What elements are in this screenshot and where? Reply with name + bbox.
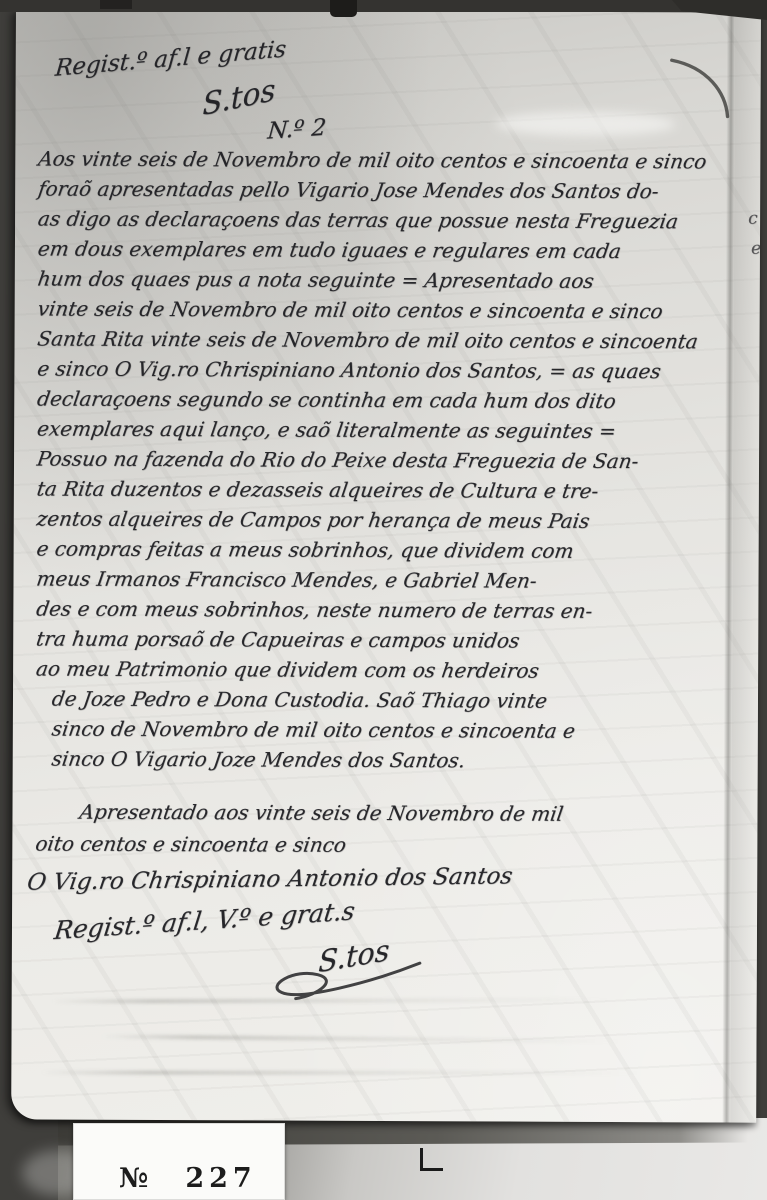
handwritten-line: zentos alqueires de Campos por herança d… bbox=[35, 503, 744, 536]
manuscript-sheet: Regist.º af.l e gratis S.tos N.º 2 Aos v… bbox=[11, 9, 761, 1122]
ink-showthrough-smudge bbox=[102, 1034, 622, 1043]
handwritten-line: Apresentado aos vinte seis de Novembro d… bbox=[33, 795, 743, 830]
handwritten-line: meus Irmanos Francisco Mendes, e Gabriel… bbox=[34, 563, 743, 596]
signature-rubric: S.tos bbox=[318, 932, 390, 979]
handwritten-line: declaraçoens segundo se continha em cada… bbox=[35, 383, 744, 416]
vicar-signature: O Vig.ro Chrispiniano Antonio dos Santos bbox=[25, 863, 514, 895]
handwritten-line: Aos vinte seis de Novembro de mil oito c… bbox=[36, 143, 745, 176]
handwritten-line: sinco de Novembro de mil oito centos e s… bbox=[34, 713, 743, 746]
record-body-paragraph: Aos vinte seis de Novembro de mil oito c… bbox=[34, 143, 742, 776]
archive-number: 227 bbox=[185, 1163, 256, 1194]
top-edge-tab bbox=[100, 0, 132, 9]
handwritten-line: hum dos quaes pus a nota seguinte = Apre… bbox=[36, 263, 745, 296]
archive-number-label: № 227 bbox=[73, 1123, 285, 1200]
handwritten-line: tra huma porsaõ de Capueiras e campos un… bbox=[34, 623, 743, 656]
handwritten-line: vinte seis de Novembro de mil oito cento… bbox=[36, 293, 745, 326]
ink-showthrough-smudge bbox=[41, 1071, 641, 1076]
handwritten-line: des e com meus sobrinhos, neste numero d… bbox=[34, 593, 743, 626]
handwritten-line: em dous exemplares em tudo iguaes e regu… bbox=[36, 233, 745, 266]
corner-registration-mark bbox=[420, 1148, 443, 1171]
handwritten-line: de Joze Pedro e Dona Custodia. Saõ Thiag… bbox=[34, 683, 743, 716]
top-edge-tab bbox=[330, 0, 357, 17]
handwritten-line: Santa Rita vinte seis de Novembro de mil… bbox=[36, 323, 745, 356]
handwritten-line: oito centos e sincoenta e sinco bbox=[33, 827, 743, 862]
ink-showthrough-smudge bbox=[52, 998, 612, 1003]
scanned-document-image: Regist.º af.l e gratis S.tos N.º 2 Aos v… bbox=[0, 0, 767, 1200]
paper-highlight-patch bbox=[495, 111, 675, 136]
header-rubric: S.tos bbox=[202, 72, 275, 123]
registrar-annotation: Regist.º af.l, V.º e grat.s bbox=[52, 896, 356, 945]
numero-symbol: № bbox=[119, 1163, 148, 1194]
handwritten-line: foraõ apresentadas pello Vigario Jose Me… bbox=[36, 173, 745, 206]
handwritten-line: e compras feitas a meus sobrinhos, que d… bbox=[35, 533, 744, 566]
handwritten-line: sinco O Vigario Joze Mendes dos Santos. bbox=[34, 743, 743, 776]
margin-fragment: e bbox=[751, 239, 761, 259]
handwritten-line: exemplares aqui lanço, e saõ literalment… bbox=[35, 413, 744, 446]
handwritten-line: ta Rita duzentos e dezasseis alqueires d… bbox=[35, 473, 744, 506]
handwritten-line: Possuo na fazenda do Rio do Peixe desta … bbox=[35, 443, 744, 476]
record-number-heading: N.º 2 bbox=[267, 115, 328, 145]
margin-fragment: c bbox=[748, 209, 758, 229]
handwritten-line: as digo as declaraçoens das terras que p… bbox=[36, 203, 745, 236]
header-annotation: Regist.º af.l e gratis bbox=[54, 36, 287, 81]
handwritten-line: ao meu Patrimonio que dividem com os her… bbox=[34, 653, 743, 686]
record-addendum-paragraph: Apresentado aos vinte seis de Novembro d… bbox=[33, 795, 738, 862]
handwritten-line: e sinco O Vig.ro Chrispiniano Antonio do… bbox=[35, 353, 744, 386]
